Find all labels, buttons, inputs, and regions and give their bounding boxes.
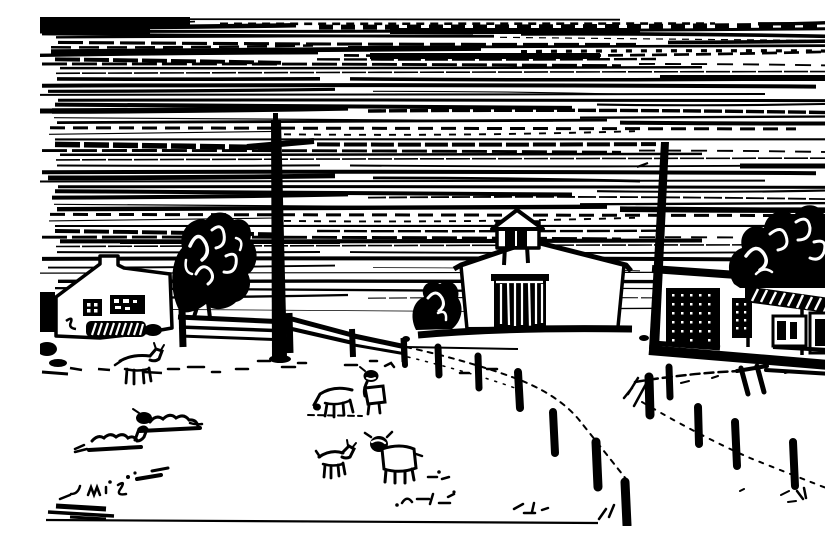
store-window-large xyxy=(666,288,720,346)
house-window-left xyxy=(83,299,102,316)
dark-doorway xyxy=(40,292,55,332)
house-window-right xyxy=(110,295,145,314)
farm-scene-illustration xyxy=(40,16,825,526)
drawing-canvas xyxy=(40,16,825,526)
